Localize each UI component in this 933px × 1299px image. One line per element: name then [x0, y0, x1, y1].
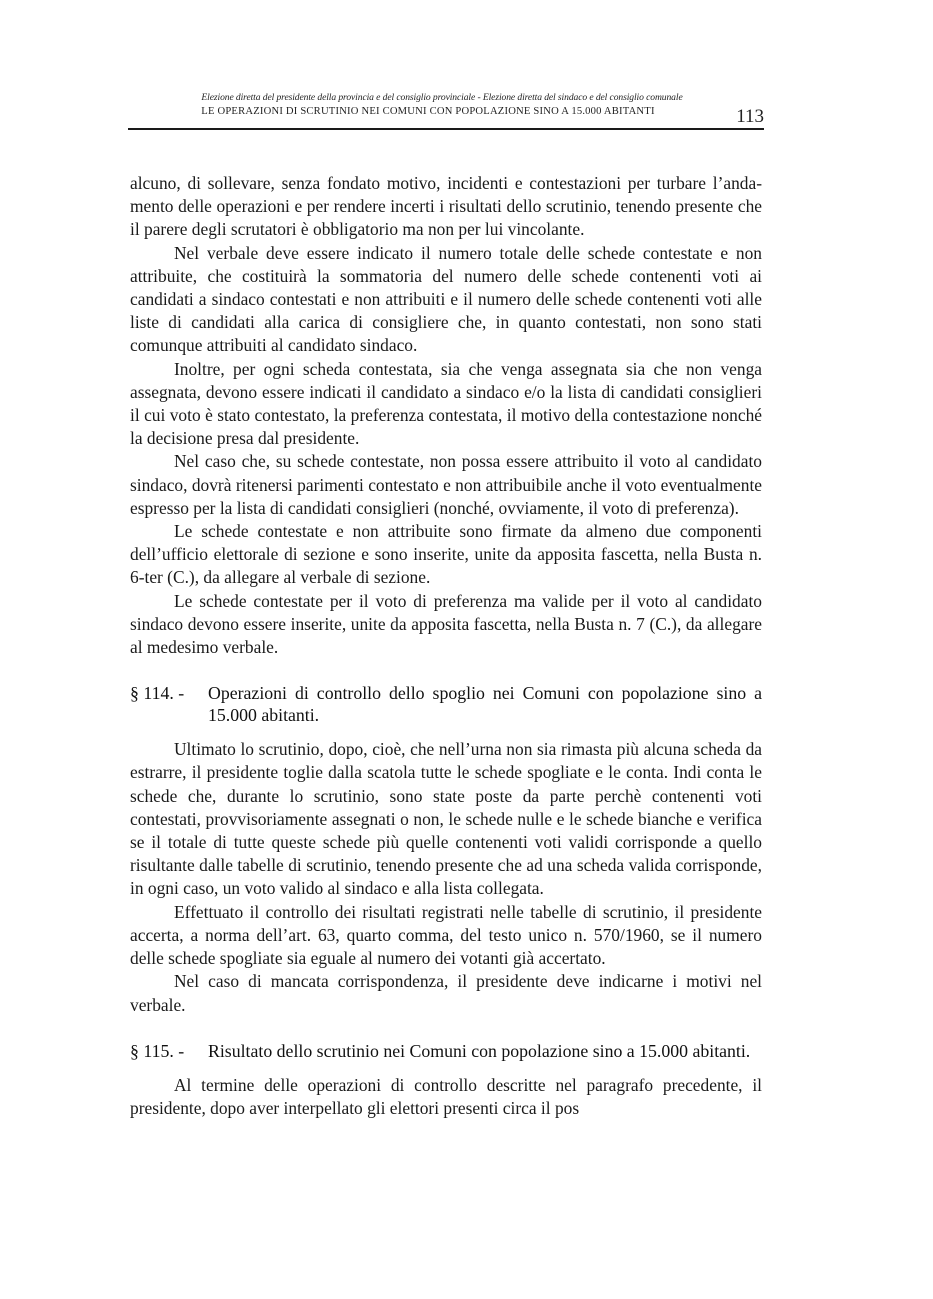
paragraph: Le schede contestate e non attribuite so…: [130, 520, 762, 590]
paragraph: Nel caso che, su schede contestate, non …: [130, 450, 762, 520]
paragraph: Nel verbale deve essere indicato il nume…: [130, 242, 762, 358]
paragraph: Ultimato lo scrutinio, dopo, cioè, che n…: [130, 738, 762, 900]
section-title: Operazioni di controllo dello spoglio ne…: [208, 682, 762, 726]
paragraph: Effettuato il controllo dei risultati re…: [130, 901, 762, 971]
page-number: 113: [736, 106, 764, 128]
header-rule: [128, 128, 764, 130]
paragraph: alcuno, di sollevare, senza fondato moti…: [130, 172, 762, 242]
paragraph: Nel caso di mancata corrispondenza, il p…: [130, 970, 762, 1016]
section-number: § 115. -: [130, 1040, 208, 1062]
paragraph: Le schede contestate per il voto di pref…: [130, 590, 762, 660]
section-title: Risultato dello scrutinio nei Comuni con…: [208, 1040, 762, 1062]
chapter-title: LE OPERAZIONI DI SCRUTINIO NEI COMUNI CO…: [138, 106, 718, 117]
paragraph: Al termine delle operazioni di controllo…: [130, 1074, 762, 1120]
section-heading-114: § 114. - Operazioni di controllo dello s…: [130, 682, 762, 726]
section-heading-115: § 115. - Risultato dello scrutinio nei C…: [130, 1040, 762, 1062]
section-number: § 114. -: [130, 682, 208, 726]
page-header: Elezione diretta del presidente della pr…: [128, 92, 764, 132]
paragraph: Inoltre, per ogni scheda contestata, sia…: [130, 358, 762, 451]
page-body: alcuno, di sollevare, senza fondato moti…: [130, 172, 762, 1120]
running-title: Elezione diretta del presidente della pr…: [162, 92, 722, 103]
